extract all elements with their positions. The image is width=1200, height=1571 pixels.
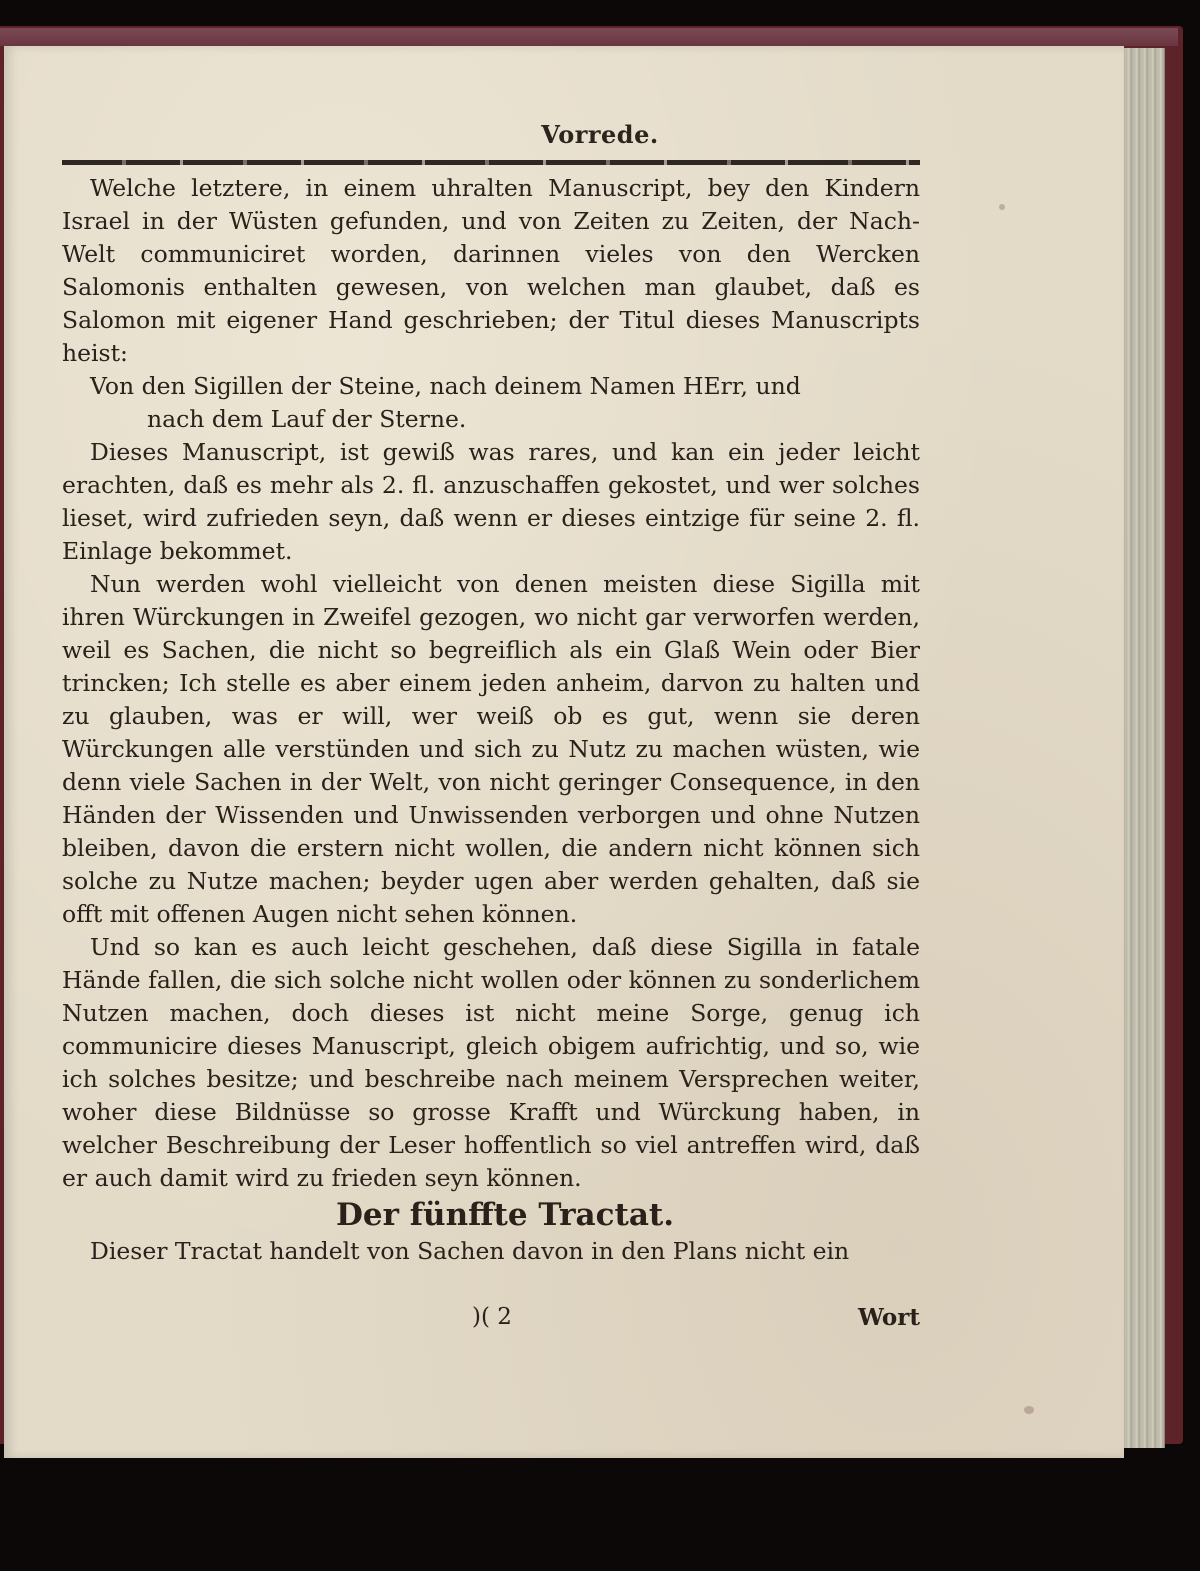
- running-head: Vorrede.: [0, 120, 1200, 149]
- quote-line-2: nach dem Lauf der Sterne.: [90, 403, 920, 436]
- section-first-line: Dieser Tractat handelt von Sachen davon …: [62, 1235, 920, 1268]
- paragraph: Nun werden wohl vielleicht von denen mei…: [62, 568, 920, 931]
- page-footer: )( 2 Wort: [62, 1300, 920, 1340]
- cover-top-edge: [0, 28, 1178, 46]
- section-title: Der fünffte Tractat.: [62, 1195, 920, 1235]
- catchword: Wort: [858, 1304, 920, 1331]
- paper-stain: [999, 204, 1005, 210]
- paragraph: Und so kan es auch leicht geschehen, daß…: [62, 931, 920, 1195]
- page-edges: [1118, 48, 1165, 1448]
- body-text: Welche letztere, in einem uhralten Manus…: [62, 172, 920, 1268]
- paper-stain: [1024, 1406, 1034, 1414]
- quote-line-1: Von den Sigillen der Steine, nach deinem…: [90, 372, 801, 400]
- paragraph-continuation: Welche letztere, in einem uhralten Manus…: [62, 172, 920, 370]
- paragraph: Dieses Manuscript, ist gewiß was rares, …: [62, 436, 920, 568]
- signature-mark: )( 2: [472, 1304, 512, 1330]
- manuscript-title-quote: Von den Sigillen der Steine, nach deinem…: [62, 370, 920, 436]
- header-rule: [62, 160, 920, 165]
